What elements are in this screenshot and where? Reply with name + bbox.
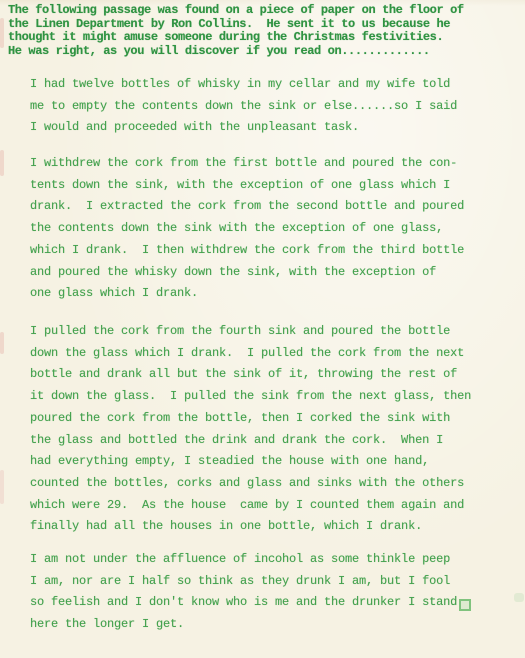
text-line: and poured the whisky down the sink, wit… <box>30 262 464 284</box>
text-line: I am, nor are I half so think as they dr… <box>30 571 457 593</box>
text-line: the contents down the sink with the exce… <box>30 218 464 240</box>
text-line: I had twelve bottles of whisky in my cel… <box>30 74 457 96</box>
intro-paragraph: The following passage was found on a pie… <box>8 4 464 58</box>
text-line: counted the bottles, corks and glass and… <box>30 473 471 495</box>
body-paragraph-1: I had twelve bottles of whisky in my cel… <box>30 74 457 139</box>
body-paragraph-3: I pulled the cork from the fourth sink a… <box>30 321 471 538</box>
text-line: here the longer I get. <box>30 614 457 636</box>
text-line: poured the cork from the bottle, then I … <box>30 408 471 430</box>
text-line: which I drank. I then withdrew the cork … <box>30 240 464 262</box>
scan-artifact <box>0 332 4 354</box>
ink-mark-artifact <box>459 599 471 611</box>
scan-artifact <box>514 593 524 602</box>
text-line: drank. I extracted the cork from the sec… <box>30 196 464 218</box>
text-line: He was right, as you will discover if yo… <box>8 45 464 59</box>
text-line: I pulled the cork from the fourth sink a… <box>30 321 471 343</box>
scan-artifact <box>0 18 4 48</box>
text-line: I withdrew the cork from the first bottl… <box>30 153 464 175</box>
scanned-document-page: The following passage was found on a pie… <box>0 0 525 658</box>
text-line: I would and proceeded with the unpleasan… <box>30 117 457 139</box>
body-paragraph-4: I am not under the affluence of incohol … <box>30 549 457 636</box>
text-line: so feelish and I don't know who is me an… <box>30 592 457 614</box>
text-line: bottle and drank all but the sink of it,… <box>30 364 471 386</box>
text-line: had everything empty, I steadied the hou… <box>30 451 471 473</box>
text-line: the Linen Department by Ron Collins. He … <box>8 18 464 32</box>
text-line: thought it might amuse someone during th… <box>8 31 464 45</box>
text-line: me to empty the contents down the sink o… <box>30 96 457 118</box>
text-line: The following passage was found on a pie… <box>8 4 464 18</box>
scan-artifact <box>0 150 4 176</box>
body-paragraph-2: I withdrew the cork from the first bottl… <box>30 153 464 305</box>
text-line: the glass and bottled the drink and dran… <box>30 430 471 452</box>
text-line: I am not under the affluence of incohol … <box>30 549 457 571</box>
text-line: down the glass which I drank. I pulled t… <box>30 343 471 365</box>
text-line: it down the glass. I pulled the sink fro… <box>30 386 471 408</box>
scan-artifact <box>0 470 4 504</box>
text-line: one glass which I drank. <box>30 283 464 305</box>
text-line: tents down the sink, with the exception … <box>30 175 464 197</box>
text-line: finally had all the houses in one bottle… <box>30 516 471 538</box>
text-line: which were 29. As the house came by I co… <box>30 495 471 517</box>
